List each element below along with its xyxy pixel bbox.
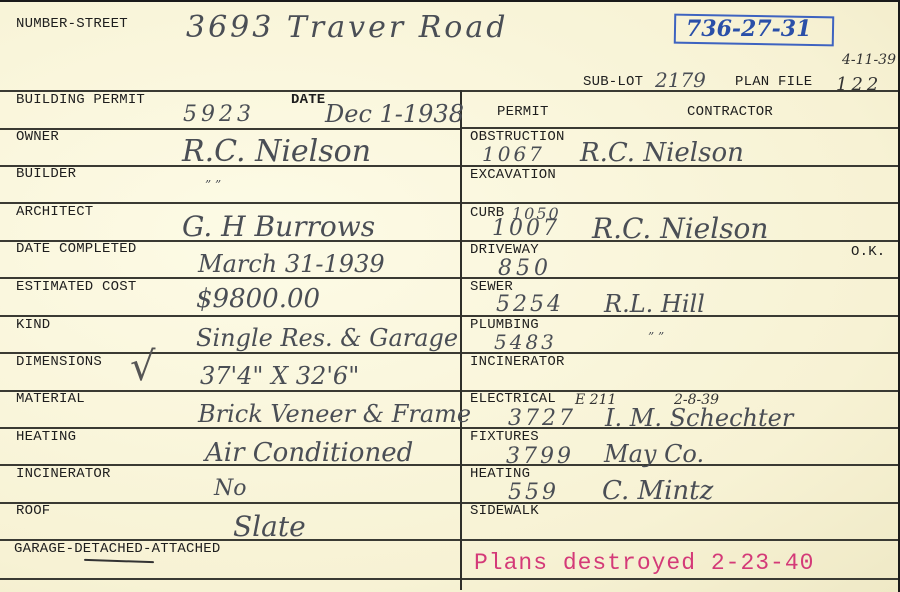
plan-file-label: PLAN FILE (735, 74, 812, 90)
date-note: 4-11-39 (842, 52, 896, 68)
driveway-permit: 850 (498, 256, 552, 281)
heating-permit: 559 (508, 480, 559, 505)
heating-label: HEATING (16, 429, 76, 445)
electrical-permit: 3727 (508, 406, 576, 431)
sub-lot-label: SUB-LOT (583, 74, 643, 90)
sewer-contractor: R.L. Hill (604, 290, 705, 318)
stamp-number: 736-27-31 (686, 16, 811, 42)
date-label: DATE (291, 92, 325, 108)
incinerator-value: No (214, 476, 247, 501)
contractor-column-header: CONTRACTOR (687, 104, 773, 120)
kind-value: Single Res. & Garage (196, 324, 458, 352)
architect-label: ARCHITECT (16, 204, 93, 220)
dimensions-label: DIMENSIONS (16, 354, 102, 370)
heating-value: Air Conditioned (205, 438, 413, 468)
architect-value: G. H Burrows (182, 210, 375, 243)
curb-permit: 1007 (492, 216, 560, 241)
obstruction-permit: 1067 (482, 142, 545, 166)
sewer-permit: 5254 (496, 292, 564, 317)
estimated-cost-label: ESTIMATED COST (16, 279, 136, 295)
material-value: Brick Veneer & Frame (198, 400, 471, 428)
heating-contractor: C. Mintz (602, 476, 713, 506)
obstruction-contractor: R.C. Nielson (580, 138, 744, 168)
builder-value: ” ” (205, 178, 221, 192)
building-permit-value: 5923 (183, 102, 255, 127)
date-completed-value: March 31-1939 (198, 250, 385, 278)
plumbing-contractor: ” ” (648, 330, 664, 344)
curb-contractor: R.C. Nielson (592, 212, 768, 245)
owner-label: OWNER (16, 129, 59, 145)
number-street-label: NUMBER-STREET (16, 16, 128, 32)
kind-label: KIND (16, 317, 50, 333)
plan-file-value: 122 (836, 74, 882, 95)
garage-label: GARAGE-DETACHED-ATTACHED (14, 541, 220, 557)
roof-label: ROOF (16, 503, 50, 519)
fixtures-permit: 3799 (506, 444, 574, 469)
sub-lot-value: 2179 (655, 68, 706, 92)
driveway-status: O.K. (851, 244, 885, 260)
electrical-label: ELECTRICAL (470, 391, 556, 407)
sidewalk-label: SIDEWALK (470, 503, 539, 519)
permit-card: NUMBER-STREET 3693 Traver Road 736-27-31… (0, 2, 898, 592)
date-value: Dec 1-1938 (325, 100, 464, 128)
fixtures-label: FIXTURES (470, 429, 539, 445)
checkmark-icon: √ (130, 344, 156, 390)
building-permit-label: BUILDING PERMIT (16, 92, 145, 108)
excavation-label: EXCAVATION (470, 167, 556, 183)
dimensions-value: 37'4" X 32'6" (200, 362, 359, 390)
plans-destroyed-stamp: Plans destroyed 2-23-40 (474, 550, 814, 576)
roof-value: Slate (233, 510, 306, 543)
incinerator-permit-label: INCINERATOR (470, 354, 565, 370)
incinerator-label: INCINERATOR (16, 466, 111, 482)
date-completed-label: DATE COMPLETED (16, 241, 136, 257)
permit-column-header: PERMIT (497, 104, 549, 120)
plumbing-permit: 5483 (494, 330, 557, 354)
detached-underline (84, 559, 154, 563)
estimated-cost-value: $9800.00 (196, 284, 320, 314)
material-label: MATERIAL (16, 391, 85, 407)
number-street-value: 3693 Traver Road (186, 10, 508, 45)
builder-label: BUILDER (16, 166, 76, 182)
electrical-contractor: I. M. Schechter (605, 404, 793, 432)
owner-value: R.C. Nielson (182, 134, 371, 169)
fixtures-contractor: May Co. (604, 440, 704, 468)
